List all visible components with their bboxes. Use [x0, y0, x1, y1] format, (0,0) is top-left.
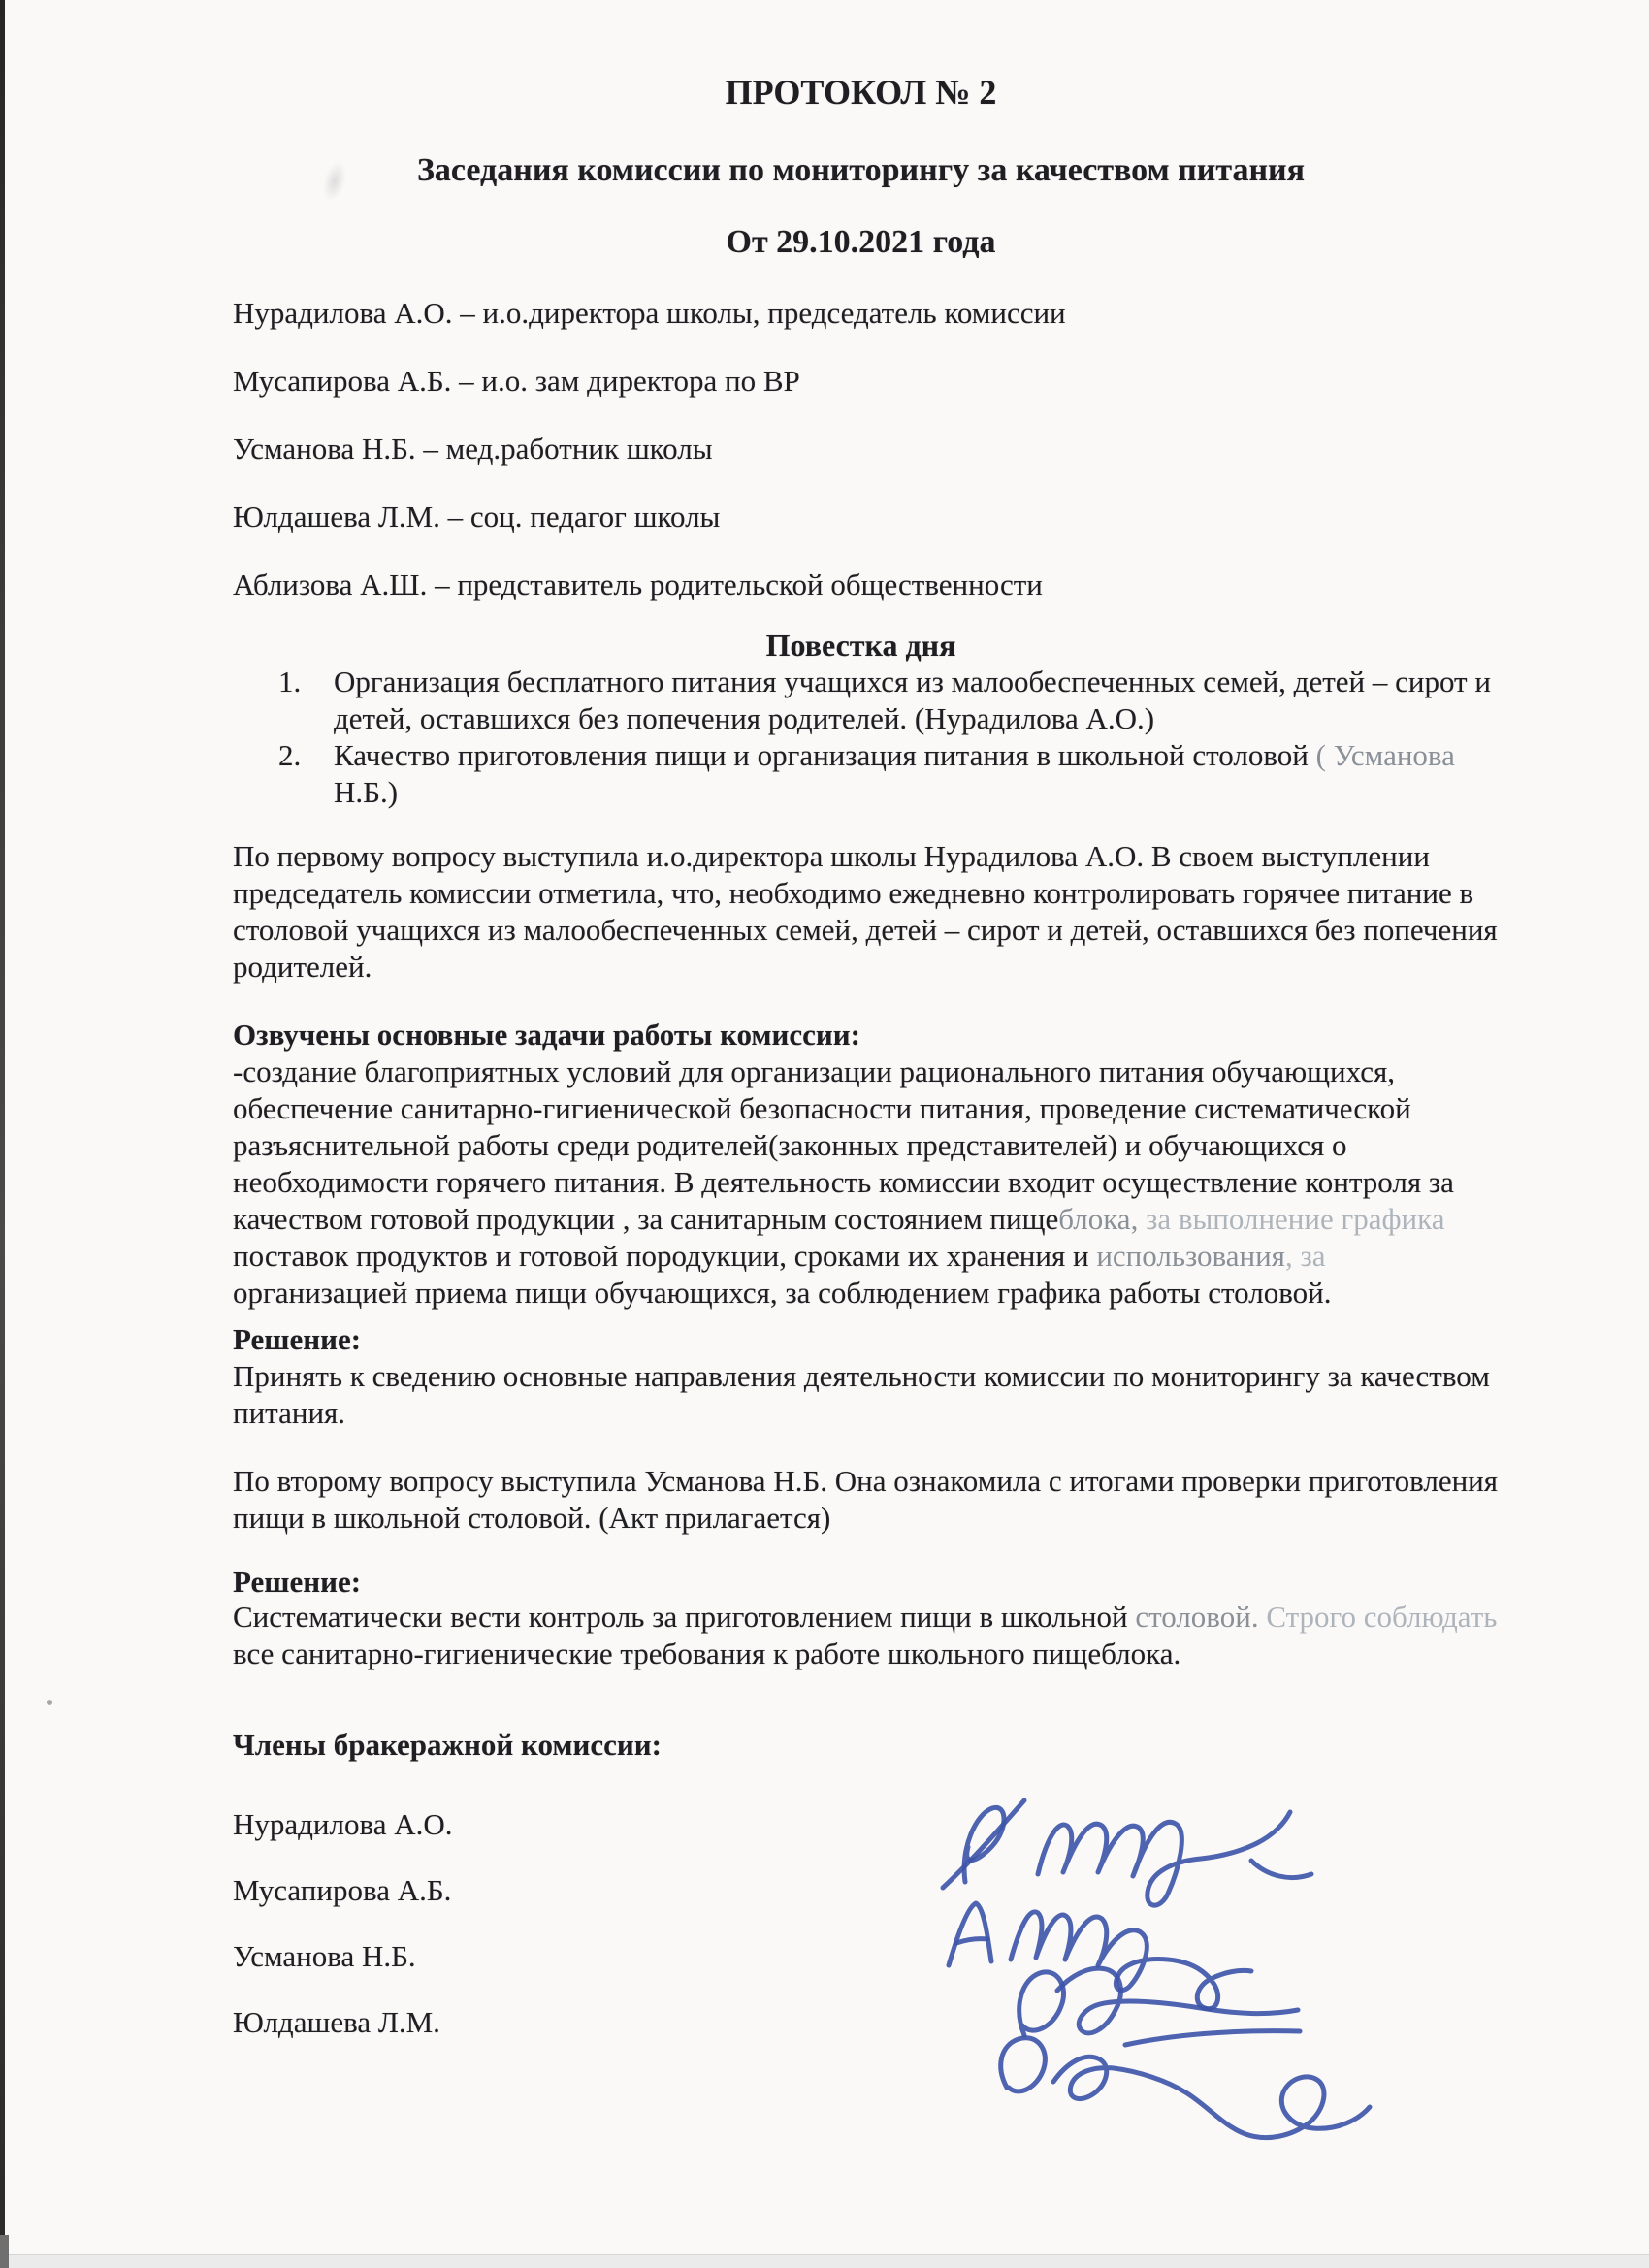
- agenda-item-text: Качество приготовления пищи и организаци…: [334, 737, 1489, 811]
- scan-left-edge: [0, 0, 5, 2268]
- decision2-heading: Решение:: [233, 1564, 1489, 1601]
- text-line: пищи в школьной столовой. (Акт прилагает…: [233, 1500, 1489, 1537]
- text-line: Организация бесплатного питания учащихся…: [334, 664, 1491, 700]
- text-line: Систематически вести контроль за пригото…: [233, 1599, 1489, 1636]
- signature-yuldasheva: [1001, 2038, 1370, 2138]
- signature-musapirova: [949, 1903, 1251, 2009]
- decision1-heading: Решение:: [233, 1321, 1489, 1358]
- text-line: По первому вопросу выступила и.о.директо…: [233, 838, 1489, 875]
- member-line: Аблизова А.Ш. – представитель родительск…: [233, 567, 1489, 603]
- document-title: ПРОТОКОЛ № 2: [233, 72, 1489, 113]
- text-line: разъяснительной работы среди родителей(з…: [233, 1127, 1489, 1164]
- scan-corner-mark: [0, 2235, 9, 2268]
- text-line: Н.Б.): [334, 774, 1489, 811]
- agenda-item-1: 1. Организация бесплатного питания учащи…: [233, 664, 1489, 737]
- text-line: председатель комиссии отметила, что, нео…: [233, 875, 1489, 912]
- text-line: качеством готовой продукции , за санитар…: [233, 1201, 1489, 1238]
- agenda-item-2: 2. Качество приготовления пищи и организ…: [233, 737, 1489, 811]
- text-line: необходимости горячего питания. В деятел…: [233, 1164, 1489, 1201]
- document-date: От 29.10.2021 года: [233, 223, 1489, 262]
- text-line: Качество приготовления пищи и организаци…: [334, 737, 1489, 774]
- member-line: Нурадилова А.О. – и.о.директора школы, п…: [233, 295, 1489, 332]
- decision1-paragraph: Принять к сведению основные направления …: [233, 1358, 1489, 1432]
- text-line: организацией приема пищи обучающихся, за…: [233, 1275, 1489, 1312]
- member-line: Усманова Н.Б. – мед.работник школы: [233, 431, 1489, 468]
- document-subtitle: Заседания комиссии по мониторингу за кач…: [233, 151, 1489, 190]
- signature-nuradilova: [943, 1800, 1311, 1905]
- member-line: Мусапирова А.Б. – и.о. зам директора по …: [233, 363, 1489, 400]
- decision2-paragraph: Систематически вести контроль за пригото…: [233, 1599, 1489, 1672]
- scan-dot-artifact: [47, 1700, 52, 1705]
- tasks-heading: Озвучены основные задачи работы комиссии…: [233, 1017, 1489, 1053]
- text-line: питания.: [233, 1395, 1489, 1432]
- agenda-item-text: Организация бесплатного питания учащихся…: [334, 664, 1491, 737]
- first-question-paragraph: По первому вопросу выступила и.о.директо…: [233, 838, 1489, 986]
- protocol-document-page: ПРОТОКОЛ № 2 Заседания комиссии по монит…: [0, 0, 1649, 2268]
- text-line: столовой учащихся из малообеспеченных се…: [233, 912, 1489, 949]
- agenda-heading: Повестка дня: [233, 627, 1489, 664]
- commission-members-list: Нурадилова А.О. – и.о.директора школы, п…: [233, 295, 1489, 634]
- text-line: Принять к сведению основные направления …: [233, 1358, 1489, 1395]
- text-line: -создание благоприятных условий для орга…: [233, 1053, 1489, 1090]
- agenda-item-number: 2.: [278, 737, 334, 774]
- agenda-item-number: 1.: [278, 664, 334, 700]
- text-line: обеспечение санитарно-гигиенической безо…: [233, 1090, 1489, 1127]
- member-line: Юлдашева Л.М. – соц. педагог школы: [233, 499, 1489, 535]
- signature-usmanova: [1019, 1968, 1300, 2045]
- text-line: родителей.: [233, 949, 1489, 986]
- tasks-paragraph: -создание благоприятных условий для орга…: [233, 1053, 1489, 1312]
- scan-bottom-edge: [0, 2254, 1649, 2268]
- text-line: По второму вопросу выступила Усманова Н.…: [233, 1463, 1489, 1500]
- agenda-list: 1. Организация бесплатного питания учащи…: [233, 664, 1489, 811]
- text-line: все санитарно-гигиенические требования к…: [233, 1636, 1489, 1672]
- signatures-overlay: [834, 1746, 1474, 2192]
- second-question-paragraph: По второму вопросу выступила Усманова Н.…: [233, 1463, 1489, 1537]
- text-line: поставок продуктов и готовой породукции,…: [233, 1238, 1489, 1275]
- text-line: детей, оставшихся без попечения родителе…: [334, 700, 1491, 737]
